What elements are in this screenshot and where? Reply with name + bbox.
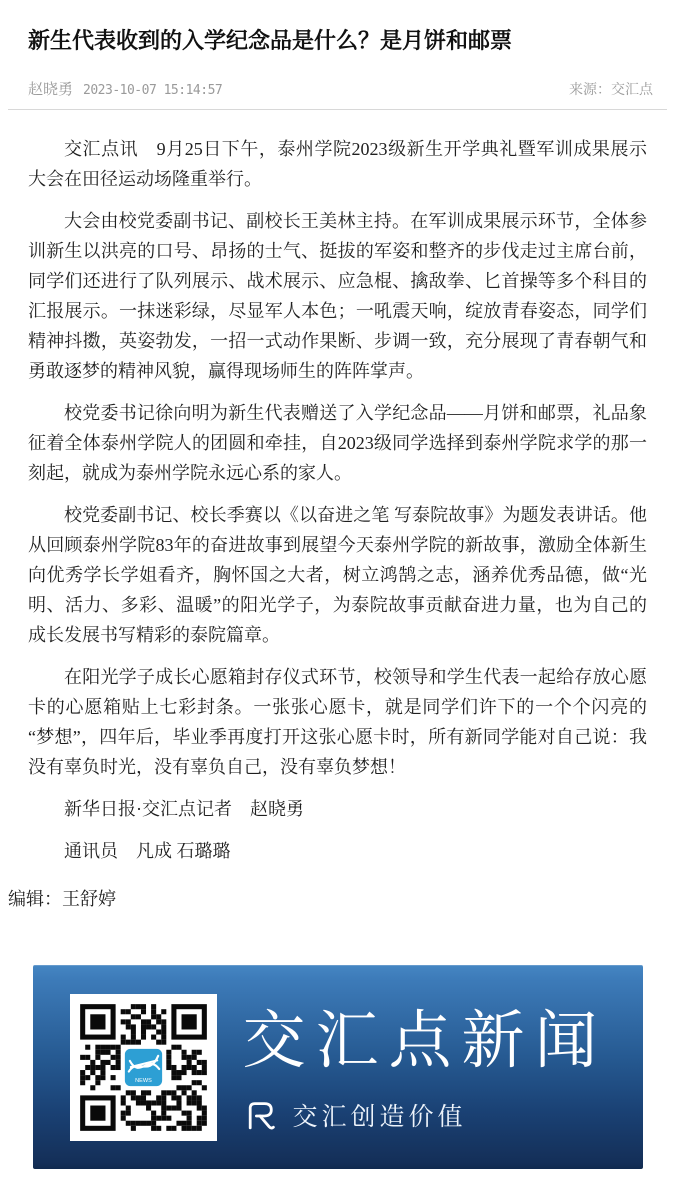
slogan-row: 交汇创造价值 <box>243 1097 608 1133</box>
app-name-text: 交汇点新闻 <box>243 1001 608 1081</box>
jiaohuidian-promo-banner[interactable]: NEWS 交汇点新闻 交汇创造价值 <box>33 965 643 1169</box>
article-paragraph: 大会由校党委副书记、副校长王美林主持。在军训成果展示环节，全体参训新生以洪亮的口… <box>28 206 647 386</box>
qr-center-logo: NEWS <box>123 1047 163 1087</box>
qr-code-icon: NEWS <box>70 994 217 1141</box>
page-title: 新生代表收到的入学纪念品是什么？是月饼和邮票 <box>28 26 647 56</box>
header-divider <box>8 109 667 110</box>
article-meta: 赵晓勇 2023-10-07 15:14:57 来源：交汇点 <box>28 78 653 99</box>
banner-text-block: 交汇点新闻 交汇创造价值 <box>243 1001 608 1133</box>
article-paragraph: 校党委副书记、校长季赛以《以奋进之笔 写泰院故事》为题发表讲话。他从回顾泰州学院… <box>28 500 647 650</box>
editor-line: 编辑：王舒婷 <box>8 884 647 914</box>
article-paragraph: 在阳光学子成长心愿箱封存仪式环节，校领导和学生代表一起给存放心愿卡的心愿箱贴上七… <box>28 662 647 782</box>
correspondent-signature: 通讯员 凡成 石璐璐 <box>28 836 647 866</box>
publish-datetime: 2023-10-07 15:14:57 <box>83 83 222 98</box>
source-label: 来源：交汇点 <box>569 79 653 99</box>
meta-left: 赵晓勇 2023-10-07 15:14:57 <box>28 78 222 99</box>
cursor-logo-icon <box>243 1098 278 1133</box>
reporter-signature: 新华日报·交汇点记者 赵晓勇 <box>28 794 647 824</box>
page: 新生代表收到的入学纪念品是什么？是月饼和邮票 赵晓勇 2023-10-07 15… <box>0 26 675 1169</box>
article-paragraph: 交汇点讯 9月25日下午，泰州学院2023级新生开学典礼暨军训成果展示大会在田径… <box>28 134 647 194</box>
svg-text:NEWS: NEWS <box>135 1078 152 1084</box>
slogan-text: 交汇创造价值 <box>293 1097 467 1133</box>
author-name: 赵晓勇 <box>28 78 73 99</box>
article-body: 交汇点讯 9月25日下午，泰州学院2023级新生开学典礼暨军训成果展示大会在田径… <box>8 134 667 914</box>
article-paragraph: 校党委书记徐向明为新生代表赠送了入学纪念品——月饼和邮票，礼品象征着全体泰州学院… <box>28 398 647 488</box>
